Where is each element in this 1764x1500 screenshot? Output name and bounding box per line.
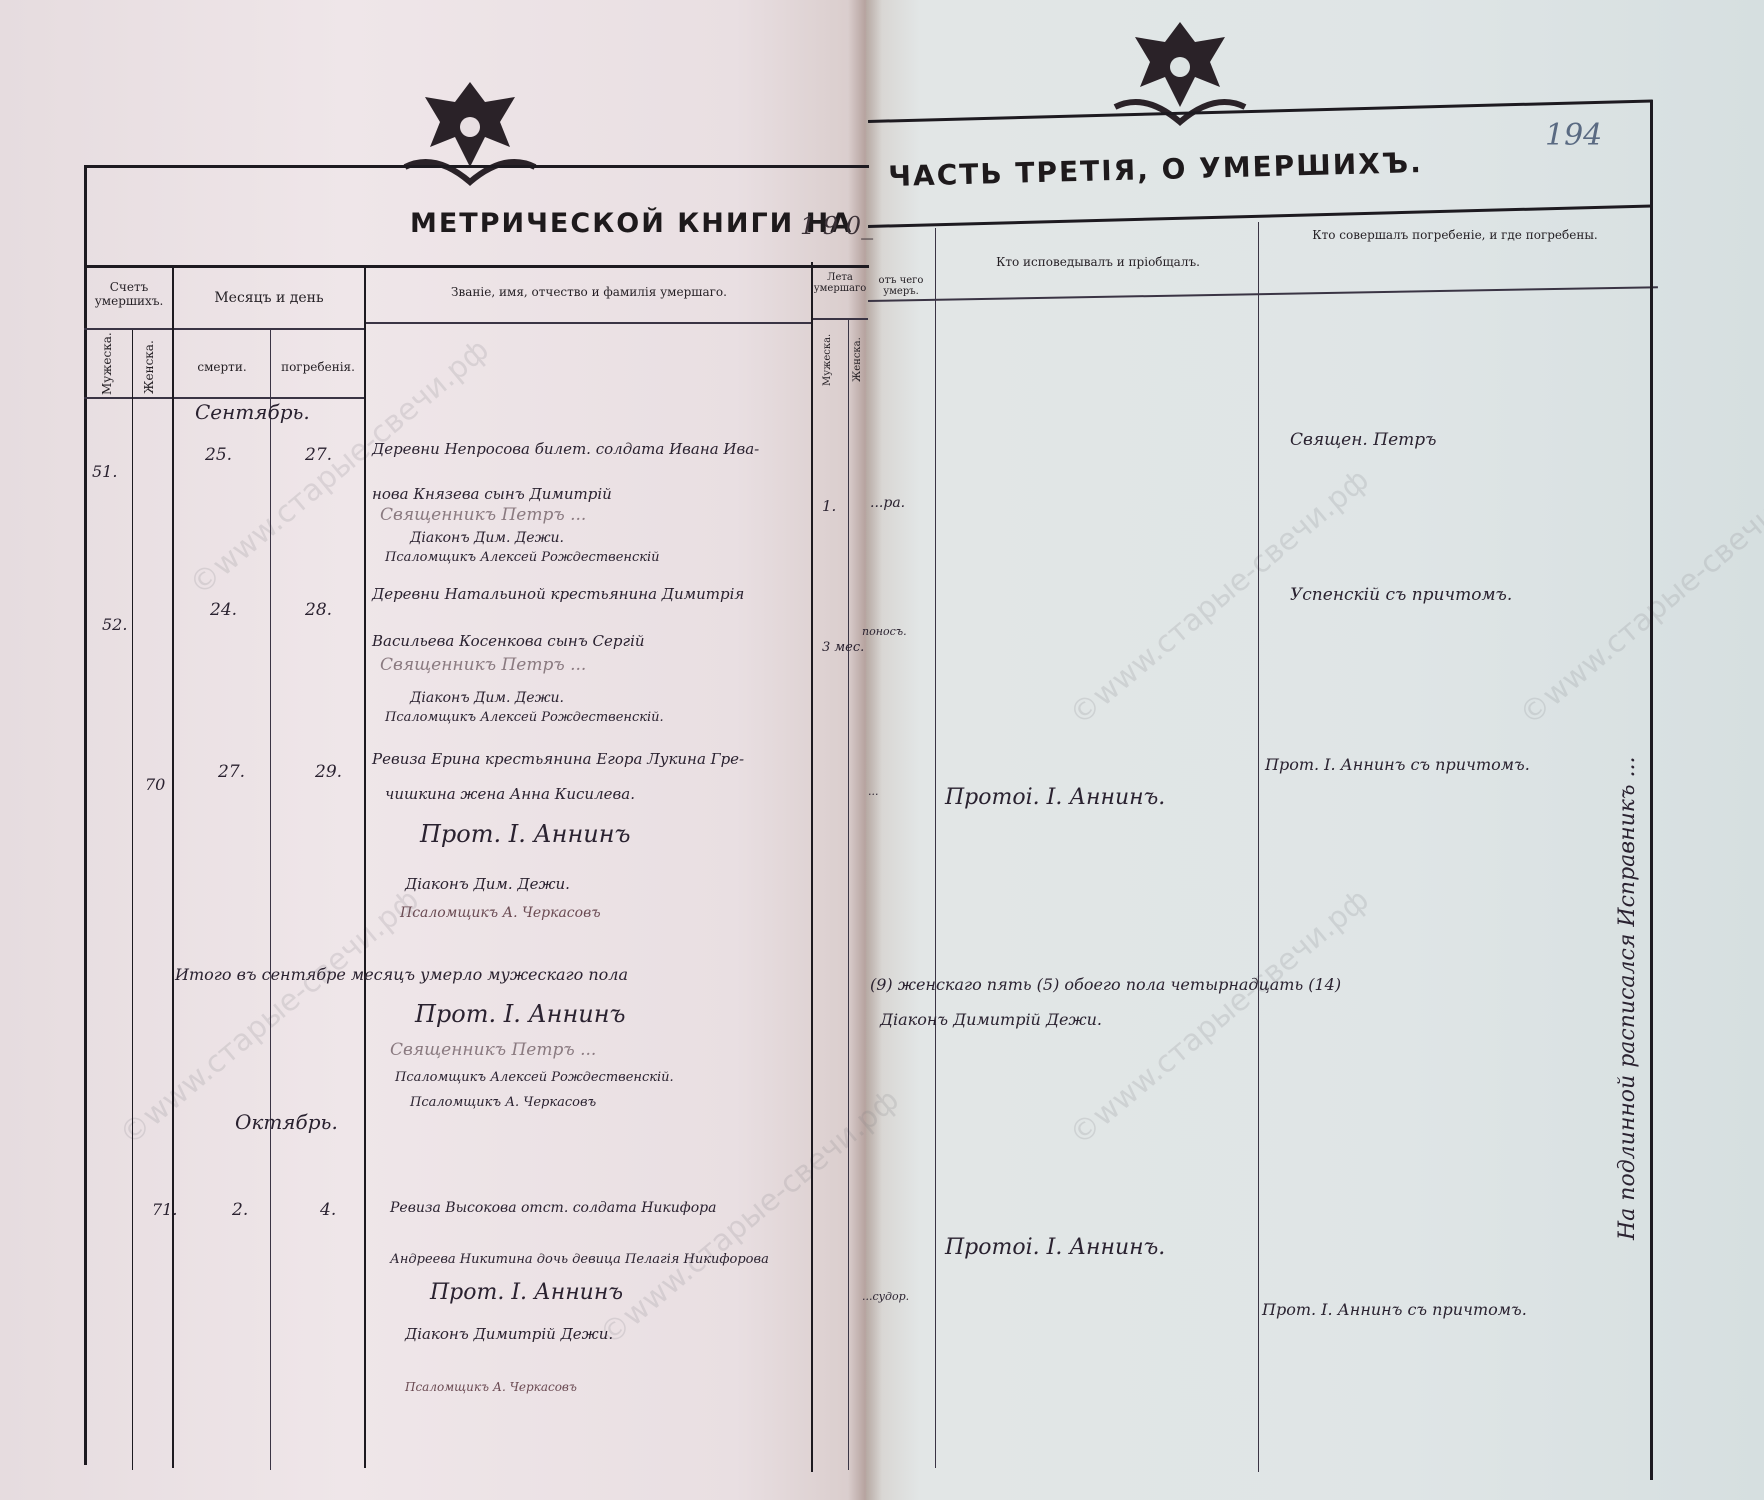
signature-deacon: Діаконъ Димитрій Дежи. — [405, 1325, 613, 1343]
entry-male-number: 52. — [102, 615, 127, 634]
rule — [84, 397, 364, 399]
header-name: Званіе, имя, отчество и фамилія умершаго… — [368, 285, 810, 299]
header-month-day: Месяцъ и день — [176, 290, 362, 306]
entry-name-line: Ревиза Ерина крестьянина Егора Лукина Гр… — [372, 750, 744, 768]
entry-burial-day: 4. — [320, 1200, 336, 1220]
signature-psalmist: Псаломщикъ А. Черкасовъ — [400, 905, 601, 921]
frame-right — [1650, 100, 1653, 1480]
entry-name-line: Андреева Никитина дочь девица Пелагія Ни… — [390, 1252, 769, 1267]
col-divider — [935, 228, 936, 1468]
entry-name-line: чишкина жена Анна Кисилева. — [385, 785, 635, 803]
header-death: смерти. — [176, 360, 268, 374]
entry-cause: ... — [868, 785, 879, 798]
signature-psalmist: Псаломщикъ Алексей Рождественскій. — [385, 710, 664, 725]
summary-line-left: Итого въ сентябре месяцъ умерло мужескаг… — [175, 965, 628, 984]
header-buried-by: Кто совершалъ погребеніе, и где погребен… — [1262, 228, 1648, 242]
signature-psalmist: Псаломщикъ А. Черкасовъ — [410, 1095, 596, 1110]
entry-female-number: 70 — [145, 775, 165, 794]
entry-cause: ...ра. — [870, 495, 905, 511]
page-number: 194 — [1545, 118, 1602, 153]
imperial-eagle-crest-icon — [395, 72, 545, 192]
entry-name-line: нова Князева сынъ Димитрій — [372, 485, 612, 503]
header-cause: отъ чего умеръ. — [868, 275, 934, 297]
entry-burial-day: 29. — [315, 762, 342, 782]
signature-deacon: Діаконъ Дим. Дежи. — [410, 530, 564, 546]
entry-death-day: 25. — [205, 445, 232, 465]
col-divider — [172, 268, 174, 1468]
entry-age: 1. — [822, 497, 836, 515]
entry-age: 3 мес. — [822, 640, 864, 655]
entry-name-line: Васильева Косенкова сынъ Сергій — [372, 632, 645, 650]
entry-cause: ...судор. — [862, 1290, 909, 1303]
entry-burial-day: 27. — [305, 445, 332, 465]
header-age-female: Женска. — [852, 330, 863, 390]
entry-confessor: Протоі. І. Аннинъ. — [945, 1235, 1165, 1260]
signature-faint: Священникъ Петръ ... — [380, 505, 586, 525]
entry-buried-by: Успенскій съ причтомъ. — [1290, 585, 1512, 605]
entry-death-day: 2. — [232, 1200, 248, 1220]
header-rule-left — [84, 265, 869, 268]
margin-note: На подлинной расписался Исправникъ ... — [1615, 360, 1640, 1240]
entry-death-day: 24. — [210, 600, 237, 620]
signature-faint: Священникъ Петръ ... — [380, 655, 586, 675]
header-confessor: Кто исповедывалъ и пріобщалъ. — [940, 255, 1256, 269]
signature-faint: Священникъ Петръ ... — [390, 1040, 596, 1060]
signature-psalmist: Псаломщикъ А. Черкасовъ — [405, 1380, 577, 1394]
header-female: Женска. — [142, 340, 156, 395]
rule — [84, 328, 364, 330]
frame-left — [84, 165, 87, 1465]
signature-psalmist: Псаломщикъ Алексей Рождественскій. — [395, 1070, 674, 1085]
entry-name-line: Ревиза Высокова отст. солдата Никифора — [390, 1200, 717, 1216]
entry-buried-by: Прот. І. Аннинъ съ причтомъ. — [1262, 1300, 1527, 1319]
header-age: Лета умершаго — [812, 272, 868, 294]
col-divider — [1258, 222, 1259, 1472]
signature-deacon: Діаконъ Дим. Дежи. — [410, 690, 564, 706]
col-divider — [270, 330, 271, 1470]
col-divider — [132, 330, 133, 1470]
month-label: Сентябрь. — [195, 400, 310, 424]
rule — [813, 318, 868, 320]
col-divider — [811, 262, 813, 1472]
signature-psalmist: Псаломщикъ Алексей Рождественскій — [385, 550, 660, 565]
col-divider — [364, 268, 366, 1468]
month-label: Октябрь. — [235, 1110, 338, 1134]
header-age-male: Мужеска. — [822, 330, 833, 390]
book-title-left: МЕТРИЧЕСКОЙ КНИГИ НА — [410, 208, 853, 239]
year-field: 1 9 0_ — [800, 212, 873, 240]
entry-burial-day: 28. — [305, 600, 332, 620]
entry-cause: поносъ. — [862, 625, 907, 638]
col-divider — [848, 320, 849, 1470]
summary-line-right: (9) женскаго пять (5) обоего пола четырн… — [870, 975, 1341, 994]
entry-name-line: Деревни Натальиной крестьянина Димитрія — [372, 585, 744, 603]
entry-male-number: 51. — [92, 462, 117, 481]
signature-priest: Прот. І. Аннинъ — [415, 1000, 626, 1028]
header-count: Счетъ умершихъ. — [88, 280, 170, 308]
header-male: Мужеска. — [100, 340, 114, 395]
signature-deacon: Діаконъ Димитрій Дежи. — [880, 1010, 1102, 1029]
signature-priest: Прот. І. Аннинъ — [430, 1280, 623, 1305]
signature-priest: Прот. І. Аннинъ — [420, 820, 631, 848]
frame-top-left — [84, 165, 869, 168]
entry-confessor: Протоі. І. Аннинъ. — [945, 785, 1165, 810]
entry-buried-by: Священ. Петръ — [1290, 430, 1436, 450]
header-burial-date: погребенія. — [272, 360, 364, 374]
rule — [365, 322, 813, 324]
entry-death-day: 27. — [218, 762, 245, 782]
entry-buried-by: Прот. І. Аннинъ съ причтомъ. — [1265, 755, 1530, 774]
entry-female-number: 71. — [152, 1200, 177, 1219]
entry-name-line: Деревни Непросова билет. солдата Ивана И… — [372, 440, 759, 458]
signature-deacon: Діаконъ Дим. Дежи. — [405, 875, 570, 893]
